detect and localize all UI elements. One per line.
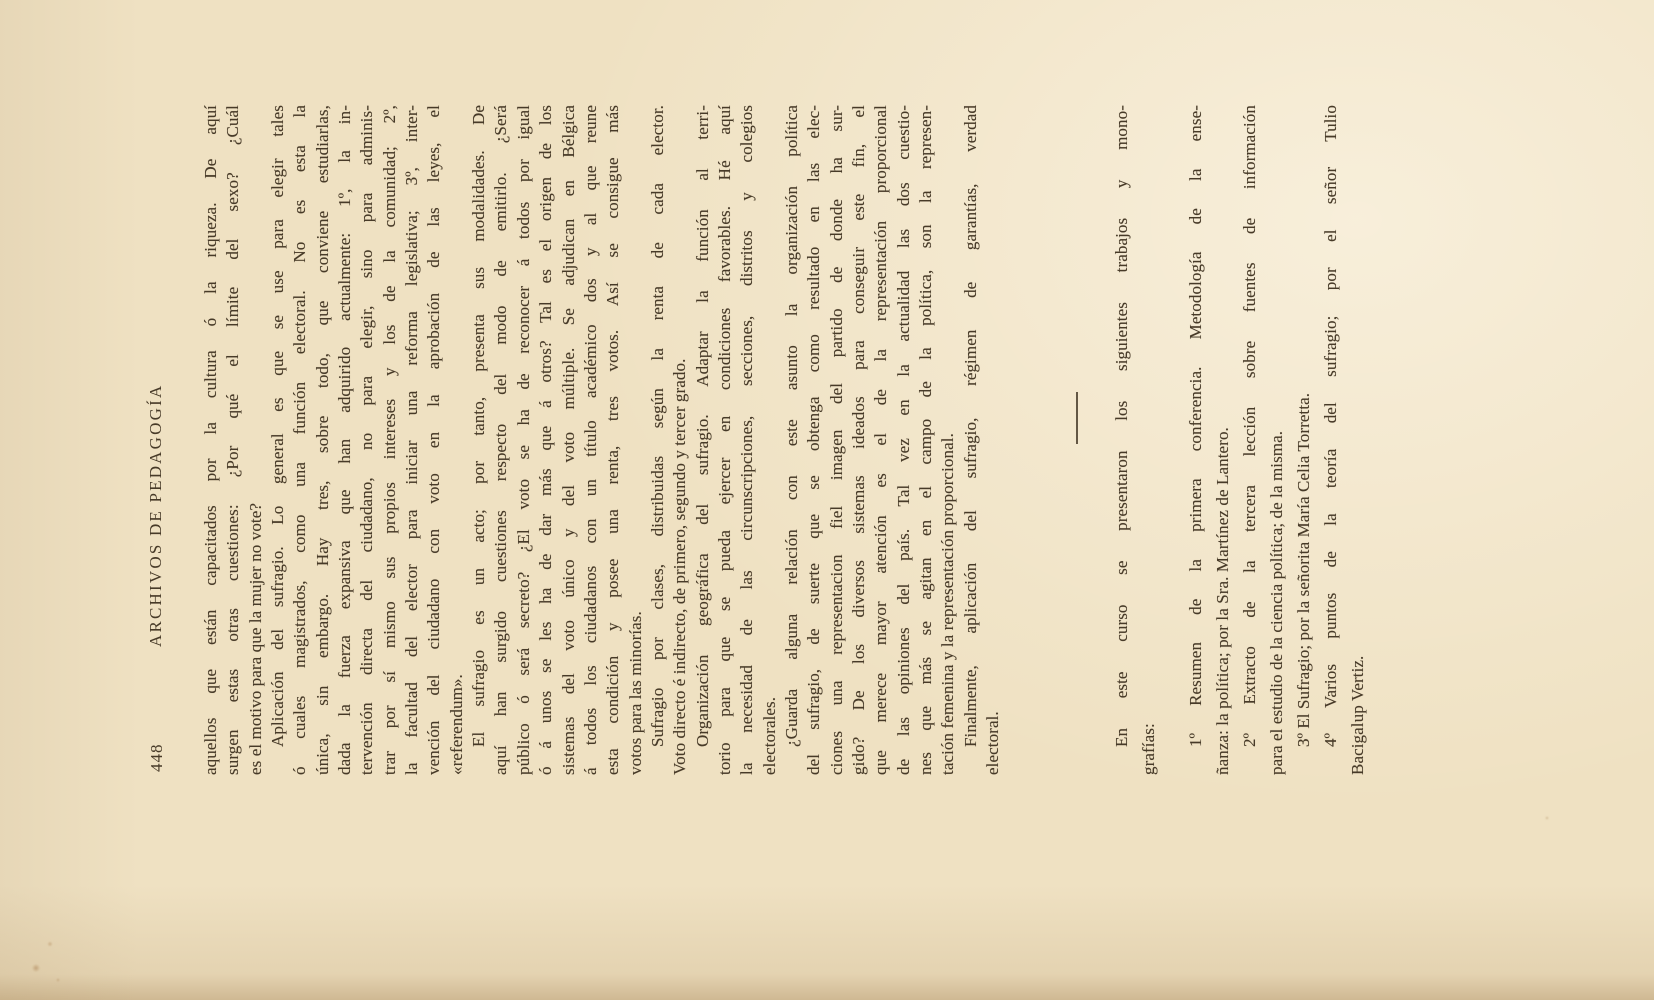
text-line: Finalmente, aplicación del sufragio, rég… [960, 105, 982, 775]
text-line: grafías: [1135, 105, 1162, 775]
text-line: que merece mayor atención es el de la re… [870, 105, 892, 775]
text-line: Organización geográfica del sufragio. Ad… [692, 105, 714, 775]
text-line: «referendum». [446, 105, 468, 775]
scanned-page-screenshot: 448 ARCHIVOS DE PEDAGOGÍA aquellos que e… [0, 0, 1654, 1000]
text-line: Sufragio por clases, distribuidas según … [647, 105, 669, 775]
text-line: El sufragio es un acto; por tanto, prese… [468, 105, 490, 775]
text-line: ó cuales magistrados, como una función e… [289, 105, 311, 775]
text-line: torio para que se pueda ejercer en condi… [714, 105, 736, 775]
text-line: electoral. [982, 105, 1004, 775]
text-line: para el estudio de la ciencia política; … [1263, 105, 1290, 775]
text-line: dada la fuerza expansiva que han adquiri… [334, 105, 356, 775]
text-line: votos para las minorías. [625, 105, 647, 775]
text-line: ó á unos se les ha de dar más que á otro… [535, 105, 557, 775]
text-line: de las opiniones del país. Tal vez en la… [893, 105, 915, 775]
text-line: 2º Extracto de la tercera lección sobre … [1236, 105, 1263, 775]
text-line: Bacigalup Vertiz. [1344, 105, 1371, 775]
text-line: 3º El Sufragio; por la señorita María Ce… [1290, 105, 1317, 775]
running-header: ARCHIVOS DE PEDAGOGÍA [146, 384, 166, 647]
text-line: aquellos que están capacitados por la cu… [200, 105, 222, 775]
text-line: la facultad del elector para iniciar una… [401, 105, 423, 775]
text-line: nes que más se agitan en el campo de la … [915, 105, 937, 775]
text-line: ¿Guarda alguna relación con este asunto … [781, 105, 803, 775]
text-line: aquí han surgido cuestiones respecto del… [490, 105, 512, 775]
text-line: tervención directa del ciudadano, no par… [356, 105, 378, 775]
book-page: 448 ARCHIVOS DE PEDAGOGÍA aquellos que e… [0, 0, 1654, 1000]
text-line: En este curso se presentaron los siguien… [1108, 105, 1135, 775]
text-line: 1º Resumen de la primera conferencia. Me… [1182, 105, 1209, 775]
text-line: del sufragio, de suerte que se obtenga c… [803, 105, 825, 775]
text-line: la necesidad de las circunscripciones, s… [736, 105, 758, 775]
text-line: trar por sí mismo sus propios intereses … [379, 105, 401, 775]
text-line: sistemas del voto único y del voto múlti… [558, 105, 580, 775]
text-line: á todos los ciudadanos con un título aca… [580, 105, 602, 775]
text-line: es el motivo para que la mujer no vote? [245, 105, 267, 775]
text-line: vención del ciudadano con voto en la apr… [423, 105, 445, 775]
text-line: ñanza: la política; por la Sra. Martínez… [1209, 105, 1236, 775]
main-text-block: aquellos que están capacitados por la cu… [200, 105, 1004, 775]
text-line: público ó será secreto? ¿El voto se ha d… [513, 105, 535, 775]
works-list-block: En este curso se presentaron los siguien… [1108, 105, 1371, 775]
text-line: 4º Varios puntos de la teoría del sufrag… [1317, 105, 1344, 775]
page-number: 448 [147, 744, 167, 773]
text-line: única, sin embargo. Hay tres, sobre todo… [312, 105, 334, 775]
text-line: electorales. [759, 105, 781, 775]
text-line: surgen estas otras cuestiones: ¿Por qué … [222, 105, 244, 775]
text-line: tación femenina y la representación prop… [937, 105, 959, 775]
section-divider-rule [1076, 392, 1078, 444]
text-line: esta condición y posee una renta, tres v… [602, 105, 624, 775]
text-line: Voto directo é indirecto, de primero, se… [669, 105, 691, 775]
text-line: Aplicación del sufragio. Lo general es q… [267, 105, 289, 775]
text-line: ciones una representacion fiel imagen de… [826, 105, 848, 775]
text-line: gido? De los diversos sistemas ideados p… [848, 105, 870, 775]
